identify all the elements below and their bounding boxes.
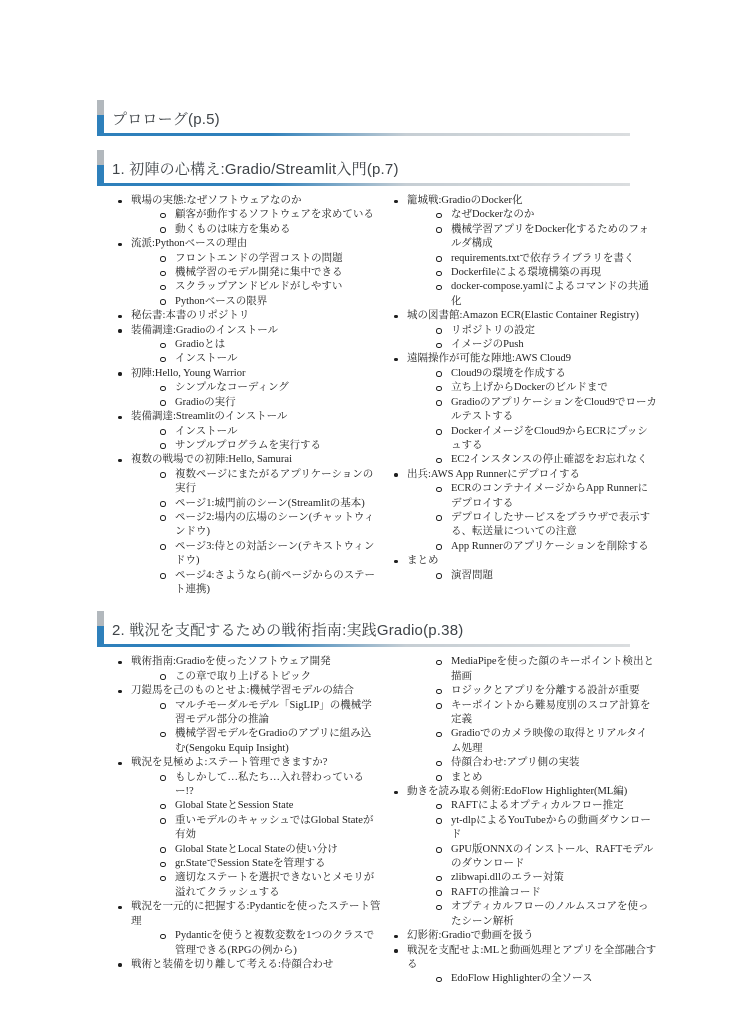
toc-subitem: インストール: [115, 352, 381, 366]
toc-subitem: Dockerfileによる環境構築の再現: [391, 266, 657, 280]
toc-item-label: App Runnerのアプリケーションを削除する: [451, 541, 649, 552]
section-title: 1. 初陣の心構え:Gradio/Streamlit入門(p.7): [112, 161, 399, 178]
bullet-disc-icon: [394, 560, 398, 564]
toc-column-1: MediaPipeを使った顔のキーポイント検出と描画ロジックとアプリを分離する設…: [391, 655, 657, 986]
toc-item-label: GPU版ONNXのインストール、RAFTモデルのダウンロード: [451, 844, 653, 869]
toc-item: 城の図書館:Amazon ECR(Elastic Container Regis…: [391, 309, 657, 323]
toc-item-label: スクラップアンドビルドがしやすい: [175, 281, 342, 292]
toc-subitem: この章で取り上げるトピック: [115, 670, 381, 684]
toc-subitem: サンプルプログラムを実行する: [115, 439, 381, 453]
bullet-circle-icon: [436, 660, 442, 666]
bullet-circle-icon: [160, 804, 166, 810]
bullet-circle-icon: [160, 343, 166, 349]
bullet-circle-icon: [160, 515, 166, 521]
bullet-circle-icon: [160, 386, 166, 392]
toc-item-label: なぜDockerなのか: [451, 209, 534, 220]
bullet-circle-icon: [436, 400, 442, 406]
toc-item-label: RAFTの推論コード: [451, 887, 541, 898]
bullet-disc-icon: [394, 791, 398, 795]
toc-item-label: gr.StateでSession Stateを管理する: [175, 858, 326, 869]
toc-subitem: yt-dlpによるYouTubeからの動画ダウンロード: [391, 814, 657, 843]
toc-item-label: もしかして…私たち…入れ替わっているー!?: [175, 772, 364, 797]
toc-item-label: 戦場の実態:なぜソフトウェアなのか: [131, 195, 302, 206]
bullet-disc-icon: [394, 473, 398, 477]
bullet-circle-icon: [160, 256, 166, 262]
toc-subitem: Gradioの実行: [115, 396, 381, 410]
toc-item-label: ページ2:場内の広場のシーン(チャットウィンドウ): [175, 512, 374, 537]
toc-item-label: インストール: [175, 426, 237, 437]
bullet-disc-icon: [118, 906, 122, 910]
bullet-circle-icon: [160, 775, 166, 781]
toc-item-label: 立ち上げからDockerのビルドまで: [451, 382, 608, 393]
toc-item: 装備調達:Streamlitのインストール: [115, 410, 381, 424]
toc-subitem: 重いモデルのキャッシュではGlobal Stateが有効: [115, 814, 381, 843]
toc-item-label: 演習問題: [451, 570, 493, 581]
bullet-circle-icon: [160, 862, 166, 868]
toc-item-label: 侍顔合わせ:アプリ側の実装: [451, 757, 580, 768]
bullet-circle-icon: [160, 732, 166, 738]
bullet-circle-icon: [160, 299, 166, 305]
toc-item-label: 戦術指南:Gradioを使ったソフトウェア開発: [131, 656, 331, 667]
toc-item-label: requirements.txtで依存ライブラリを書く: [451, 253, 634, 264]
toc-item: 刀鎧馬を己のものとせよ:機械学習モデルの結合: [115, 684, 381, 698]
toc-item-label: Pythonベースの限界: [175, 296, 267, 307]
toc-item: 戦況を一元的に把握する:Pydanticを使ったステート管理: [115, 900, 381, 929]
toc-item-label: オプティカルフローのノルムスコアを使ったシーン解析: [451, 901, 649, 926]
bullet-circle-icon: [436, 775, 442, 781]
toc-subitem: ページ3:侍との対話シーン(テキストウィンドウ): [115, 540, 381, 569]
toc-subitem: App Runnerのアプリケーションを削除する: [391, 540, 657, 554]
bullet-circle-icon: [160, 674, 166, 680]
toc-subitem: 機械学習アプリをDocker化するためのフォルダ構成: [391, 223, 657, 252]
toc-subitem: キーポイントから難易度別のスコア計算を定義: [391, 699, 657, 728]
toc-subitem: フロントエンドの学習コストの問題: [115, 252, 381, 266]
bullet-circle-icon: [436, 890, 442, 896]
toc-item-label: Global StateとSession State: [175, 800, 293, 811]
bullet-disc-icon: [394, 315, 398, 319]
toc-item-label: 動きを読み取る剣術:EdoFlow Highlighter(ML編): [407, 786, 627, 797]
toc-subitem: MediaPipeを使った顔のキーポイント検出と描画: [391, 655, 657, 684]
toc-subitem: gr.StateでSession Stateを管理する: [115, 857, 381, 871]
bullet-circle-icon: [160, 818, 166, 824]
section-columns: 戦場の実態:なぜソフトウェアなのか顧客が動作するソフトウェアを求めている動くもの…: [115, 194, 657, 597]
toc-item-label: リポジトリの設定: [451, 325, 535, 336]
toc-item: 戦場の実態:なぜソフトウェアなのか: [115, 194, 381, 208]
bullet-disc-icon: [118, 459, 122, 463]
toc-subitem: 演習問題: [391, 569, 657, 583]
toc-item-label: シンプルなコーディング: [175, 382, 289, 393]
toc-item: 籠城戦:GradioのDocker化: [391, 194, 657, 208]
toc-subitem: Global StateとLocal Stateの使い分け: [115, 843, 381, 857]
bullet-disc-icon: [118, 315, 122, 319]
toc-item-label: まとめ: [451, 772, 483, 783]
toc-item-label: ページ4:さようなら(前ページからのステート連携): [175, 570, 375, 595]
bullet-disc-icon: [118, 416, 122, 420]
toc-subitem: 動くものは味方を集める: [115, 223, 381, 237]
toc-item: 秘伝書:本書のリポジトリ: [115, 309, 381, 323]
bullet-circle-icon: [436, 285, 442, 291]
toc-item-label: GradioのアプリケーションをCloud9でローカルテストする: [451, 397, 657, 422]
toc-item-label: 複数の戦場での初陣:Hello, Samurai: [131, 454, 292, 465]
toc-subitem: オプティカルフローのノルムスコアを使ったシーン解析: [391, 900, 657, 929]
bullet-circle-icon: [160, 400, 166, 406]
bullet-circle-icon: [436, 847, 442, 853]
toc-item-label: 幻影術:Gradioで動画を扱う: [407, 930, 534, 941]
bullet-circle-icon: [160, 573, 166, 579]
toc-item-label: 機械学習のモデル開発に集中できる: [175, 267, 342, 278]
toc-item-label: 刀鎧馬を己のものとせよ:機械学習モデルの結合: [131, 685, 354, 696]
bullet-circle-icon: [436, 256, 442, 262]
toc-item: 複数の戦場での初陣:Hello, Samurai: [115, 453, 381, 467]
toc-subitem: 適切なステートを選択できないとメモリが溢れてクラッシュする: [115, 871, 381, 900]
toc-item-label: 装備調達:Gradioのインストール: [131, 325, 278, 336]
toc-subitem: Pythonベースの限界: [115, 295, 381, 309]
toc-item-label: RAFTによるオプティカルフロー推定: [451, 800, 624, 811]
toc-subitem: 機械学習のモデル開発に集中できる: [115, 266, 381, 280]
toc-item-label: Dockerfileによる環境構築の再現: [451, 267, 601, 278]
toc-item-label: Gradioの実行: [175, 397, 236, 408]
toc-item: 戦況を見極めよ:ステート管理できますか?: [115, 756, 381, 770]
toc-item-label: ロジックとアプリを分離する設計が重要: [451, 685, 640, 696]
toc-subitem: もしかして…私たち…入れ替わっているー!?: [115, 771, 381, 800]
bullet-disc-icon: [118, 963, 122, 967]
toc-item-label: 顧客が動作するソフトウェアを求めている: [175, 209, 374, 220]
toc-subitem: RAFTの推論コード: [391, 886, 657, 900]
bullet-disc-icon: [394, 949, 398, 953]
bullet-circle-icon: [436, 429, 442, 435]
toc-item-label: ECRのコンテナイメージからApp Runnerにデプロイする: [451, 483, 648, 508]
toc-item-label: MediaPipeを使った顔のキーポイント検出と描画: [451, 656, 654, 681]
section-header: 1. 初陣の心構え:Gradio/Streamlit入門(p.7): [97, 150, 630, 186]
toc-item-label: Pydanticを使うと複数変数を1つのクラスで管理できる(RPGの例から): [175, 930, 374, 955]
toc-item-label: キーポイントから難易度別のスコア計算を定義: [451, 700, 651, 725]
toc-item-label: EdoFlow Highlighterの全ソース: [451, 973, 593, 984]
section-columns: 戦術指南:Gradioを使ったソフトウェア開発この章で取り上げるトピック刀鎧馬を…: [115, 655, 657, 986]
toc-subitem: ロジックとアプリを分離する設計が重要: [391, 684, 657, 698]
toc-subitem: まとめ: [391, 771, 657, 785]
toc-subitem: Cloud9の環境を作成する: [391, 367, 657, 381]
toc-item-label: まとめ: [407, 555, 439, 566]
bullet-circle-icon: [160, 544, 166, 550]
toc-item-label: Cloud9の環境を作成する: [451, 368, 566, 379]
bullet-disc-icon: [394, 935, 398, 939]
toc-subitem: 立ち上げからDockerのビルドまで: [391, 381, 657, 395]
toc-item-label: 城の図書館:Amazon ECR(Elastic Container Regis…: [407, 310, 639, 321]
toc-item-label: ページ1:城門前のシーン(Streamlitの基本): [175, 498, 365, 509]
toc-item-label: 出兵:AWS App Runnerにデプロイする: [407, 469, 580, 480]
toc-item: 戦況を支配せよ:MLと動画処理とアプリを全部融合する: [391, 944, 657, 973]
toc-subitem: イメージのPush: [391, 338, 657, 352]
toc-item-label: 遠隔操作が可能な陣地:AWS Cloud9: [407, 353, 571, 364]
toc-subitem: デプロイしたサービスをブラウザで表示する、転送量についての注意: [391, 511, 657, 540]
toc-item-label: デプロイしたサービスをブラウザで表示する、転送量についての注意: [451, 512, 650, 537]
toc-item-label: 機械学習モデルをGradioのアプリに組み込む(Sengoku Equip In…: [175, 728, 371, 753]
toc-subitem: DockerイメージをCloud9からECRにプッシュする: [391, 425, 657, 454]
section-block-0: プロローグ(p.5): [97, 100, 630, 136]
bullet-circle-icon: [160, 429, 166, 435]
toc-subitem: EdoFlow Highlighterの全ソース: [391, 972, 657, 986]
toc-item-label: ページ3:侍との対話シーン(テキストウィンドウ): [175, 541, 374, 566]
toc-item-label: 戦況を見極めよ:ステート管理できますか?: [131, 757, 327, 768]
bullet-circle-icon: [436, 213, 442, 219]
toc-item-label: EC2インスタンスの停止確認をお忘れなく: [451, 454, 648, 465]
bullet-disc-icon: [118, 372, 122, 376]
section-header: プロローグ(p.5): [97, 100, 630, 136]
section-title: 2. 戦況を支配するための戦術指南:実践Gradio(p.38): [112, 622, 463, 639]
toc-item-label: 流派:Pythonベースの理由: [131, 238, 247, 249]
toc-item-label: サンプルプログラムを実行する: [175, 440, 321, 451]
toc-item: 遠隔操作が可能な陣地:AWS Cloud9: [391, 352, 657, 366]
bullet-circle-icon: [160, 285, 166, 291]
toc-item-label: 機械学習アプリをDocker化するためのフォルダ構成: [451, 224, 649, 249]
toc-item: 動きを読み取る剣術:EdoFlow Highlighter(ML編): [391, 785, 657, 799]
bullet-circle-icon: [436, 703, 442, 709]
bullet-disc-icon: [394, 200, 398, 204]
toc-item-label: zlibwapi.dllのエラー対策: [451, 872, 564, 883]
bullet-disc-icon: [118, 762, 122, 766]
toc-subitem: 顧客が動作するソフトウェアを求めている: [115, 208, 381, 222]
toc-item-label: 装備調達:Streamlitのインストール: [131, 411, 287, 422]
toc-item: 装備調達:Gradioのインストール: [115, 324, 381, 338]
bullet-circle-icon: [436, 328, 442, 334]
bullet-disc-icon: [118, 329, 122, 333]
section-block-1: 1. 初陣の心構え:Gradio/Streamlit入門(p.7)戦場の実態:な…: [97, 150, 630, 597]
toc-item: 戦術指南:Gradioを使ったソフトウェア開発: [115, 655, 381, 669]
bullet-circle-icon: [436, 458, 442, 464]
bullet-circle-icon: [160, 213, 166, 219]
bullet-circle-icon: [436, 804, 442, 810]
bullet-circle-icon: [436, 761, 442, 767]
toc-item-label: 秘伝書:本書のリポジトリ: [131, 310, 249, 321]
bullet-circle-icon: [436, 386, 442, 392]
bullet-circle-icon: [160, 271, 166, 277]
bullet-circle-icon: [436, 977, 442, 983]
toc-subitem: GradioのアプリケーションをCloud9でローカルテストする: [391, 396, 657, 425]
toc-item-label: 適切なステートを選択できないとメモリが溢れてクラッシュする: [175, 872, 374, 897]
toc-subitem: インストール: [115, 425, 381, 439]
toc-sections: プロローグ(p.5)1. 初陣の心構え:Gradio/Streamlit入門(p…: [97, 100, 630, 987]
bullet-disc-icon: [118, 661, 122, 665]
bullet-circle-icon: [160, 934, 166, 940]
bullet-circle-icon: [436, 818, 442, 824]
toc-subitem: 侍顔合わせ:アプリ側の実装: [391, 756, 657, 770]
toc-page: プロローグ(p.5)1. 初陣の心構え:Gradio/Streamlit入門(p…: [97, 100, 630, 1001]
toc-item-label: yt-dlpによるYouTubeからの動画ダウンロード: [451, 815, 651, 840]
bullet-circle-icon: [160, 847, 166, 853]
toc-column-0: 戦術指南:Gradioを使ったソフトウェア開発この章で取り上げるトピック刀鎧馬を…: [115, 655, 381, 986]
toc-subitem: シンプルなコーディング: [115, 381, 381, 395]
section-block-2: 2. 戦況を支配するための戦術指南:実践Gradio(p.38)戦術指南:Gra…: [97, 611, 630, 986]
toc-item: 幻影術:Gradioで動画を扱う: [391, 929, 657, 943]
bullet-disc-icon: [118, 690, 122, 694]
toc-subitem: docker-compose.yamlによるコマンドの共通化: [391, 280, 657, 309]
toc-subitem: requirements.txtで依存ライブラリを書く: [391, 252, 657, 266]
toc-item-label: この章で取り上げるトピック: [175, 671, 311, 682]
toc-subitem: 複数ページにまたがるアプリケーションの実行: [115, 468, 381, 497]
bullet-circle-icon: [436, 876, 442, 882]
toc-subitem: Pydanticを使うと複数変数を1つのクラスで管理できる(RPGの例から): [115, 929, 381, 958]
toc-subitem: スクラップアンドビルドがしやすい: [115, 280, 381, 294]
bullet-disc-icon: [118, 200, 122, 204]
bullet-circle-icon: [160, 227, 166, 233]
section-title: プロローグ(p.5): [112, 111, 220, 128]
bullet-circle-icon: [160, 703, 166, 709]
bullet-circle-icon: [436, 271, 442, 277]
toc-item-label: 戦況を一元的に把握する:Pydanticを使ったステート管理: [131, 901, 380, 926]
toc-item: 出兵:AWS App Runnerにデプロイする: [391, 468, 657, 482]
toc-item-label: 戦術と装備を切り離して考える:侍顔合わせ: [131, 959, 333, 970]
bullet-circle-icon: [436, 689, 442, 695]
toc-subitem: ページ2:場内の広場のシーン(チャットウィンドウ): [115, 511, 381, 540]
bullet-circle-icon: [436, 905, 442, 911]
toc-item-label: Gradioとは: [175, 339, 225, 350]
toc-item-label: 戦況を支配せよ:MLと動画処理とアプリを全部融合する: [407, 945, 656, 970]
toc-item-label: 初陣:Hello, Young Warrior: [131, 368, 245, 379]
toc-item-label: イメージのPush: [451, 339, 524, 350]
bullet-disc-icon: [118, 243, 122, 247]
toc-subitem: GPU版ONNXのインストール、RAFTモデルのダウンロード: [391, 843, 657, 872]
bullet-circle-icon: [160, 443, 166, 449]
toc-column-0: 戦場の実態:なぜソフトウェアなのか顧客が動作するソフトウェアを求めている動くもの…: [115, 194, 381, 597]
toc-subitem: EC2インスタンスの停止確認をお忘れなく: [391, 453, 657, 467]
toc-subitem: RAFTによるオプティカルフロー推定: [391, 799, 657, 813]
bullet-circle-icon: [160, 357, 166, 363]
toc-subitem: zlibwapi.dllのエラー対策: [391, 871, 657, 885]
bullet-circle-icon: [160, 501, 166, 507]
toc-item-label: DockerイメージをCloud9からECRにプッシュする: [451, 426, 648, 451]
toc-item-label: Global StateとLocal Stateの使い分け: [175, 844, 338, 855]
toc-item: まとめ: [391, 554, 657, 568]
bullet-circle-icon: [436, 732, 442, 738]
toc-item-label: マルチモーダルモデル「SigLIP」の機械学習モデル部分の推論: [175, 700, 372, 725]
bullet-circle-icon: [436, 544, 442, 550]
bullet-circle-icon: [436, 515, 442, 521]
toc-item-label: 動くものは味方を集める: [175, 224, 291, 235]
section-header: 2. 戦況を支配するための戦術指南:実践Gradio(p.38): [97, 611, 630, 647]
toc-subitem: ページ4:さようなら(前ページからのステート連携): [115, 569, 381, 598]
toc-subitem: ページ1:城門前のシーン(Streamlitの基本): [115, 497, 381, 511]
bullet-circle-icon: [436, 573, 442, 579]
toc-item-label: 籠城戦:GradioのDocker化: [407, 195, 522, 206]
toc-column-1: 籠城戦:GradioのDocker化なぜDockerなのか機械学習アプリをDoc…: [391, 194, 657, 597]
toc-item-label: 重いモデルのキャッシュではGlobal Stateが有効: [175, 815, 373, 840]
toc-item-label: 複数ページにまたがるアプリケーションの実行: [175, 469, 373, 494]
toc-subitem: 機械学習モデルをGradioのアプリに組み込む(Sengoku Equip In…: [115, 727, 381, 756]
toc-item: 流派:Pythonベースの理由: [115, 237, 381, 251]
bullet-circle-icon: [436, 371, 442, 377]
toc-subitem: マルチモーダルモデル「SigLIP」の機械学習モデル部分の推論: [115, 699, 381, 728]
toc-item: 初陣:Hello, Young Warrior: [115, 367, 381, 381]
bullet-disc-icon: [394, 358, 398, 362]
bullet-circle-icon: [160, 472, 166, 478]
toc-subitem: Gradioでのカメラ映像の取得とリアルタイム処理: [391, 727, 657, 756]
toc-subitem: Gradioとは: [115, 338, 381, 352]
toc-subitem: ECRのコンテナイメージからApp Runnerにデプロイする: [391, 482, 657, 511]
bullet-circle-icon: [436, 343, 442, 349]
bullet-circle-icon: [436, 487, 442, 493]
toc-subitem: リポジトリの設定: [391, 324, 657, 338]
toc-item-label: docker-compose.yamlによるコマンドの共通化: [451, 281, 649, 306]
toc-subitem: Global StateとSession State: [115, 799, 381, 813]
bullet-circle-icon: [436, 227, 442, 233]
toc-subitem: なぜDockerなのか: [391, 208, 657, 222]
toc-item: 戦術と装備を切り離して考える:侍顔合わせ: [115, 958, 381, 972]
toc-item-label: フロントエンドの学習コストの問題: [175, 253, 343, 264]
toc-item-label: Gradioでのカメラ映像の取得とリアルタイム処理: [451, 728, 647, 753]
toc-item-label: インストール: [175, 353, 237, 364]
bullet-circle-icon: [160, 876, 166, 882]
